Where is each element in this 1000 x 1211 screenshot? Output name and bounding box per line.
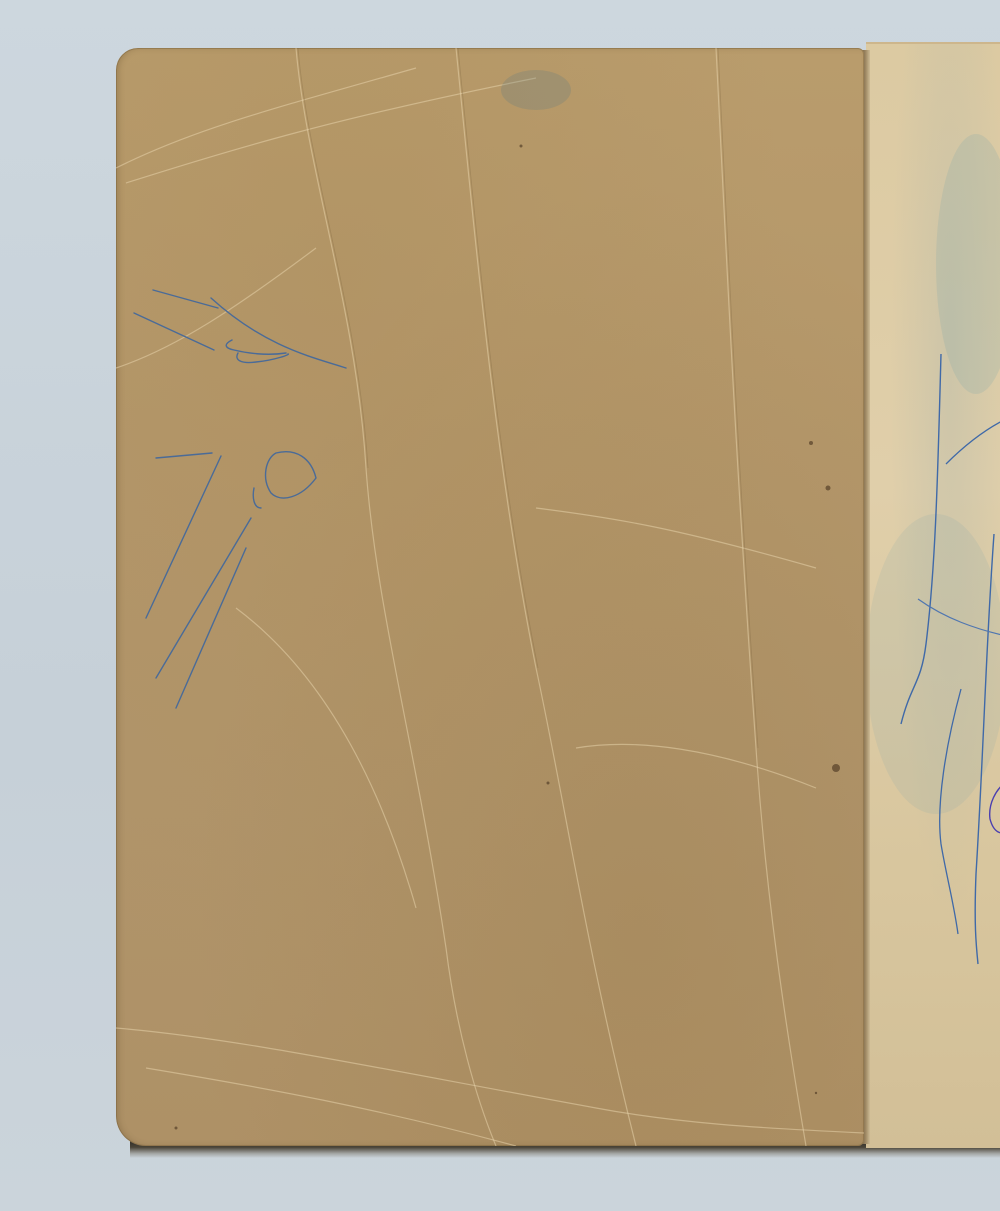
booklet-back-cover	[116, 48, 864, 1146]
cover-texture-and-scribbles	[116, 48, 864, 1146]
inner-page-markings	[866, 44, 1000, 1148]
inner-page	[866, 42, 1000, 1148]
